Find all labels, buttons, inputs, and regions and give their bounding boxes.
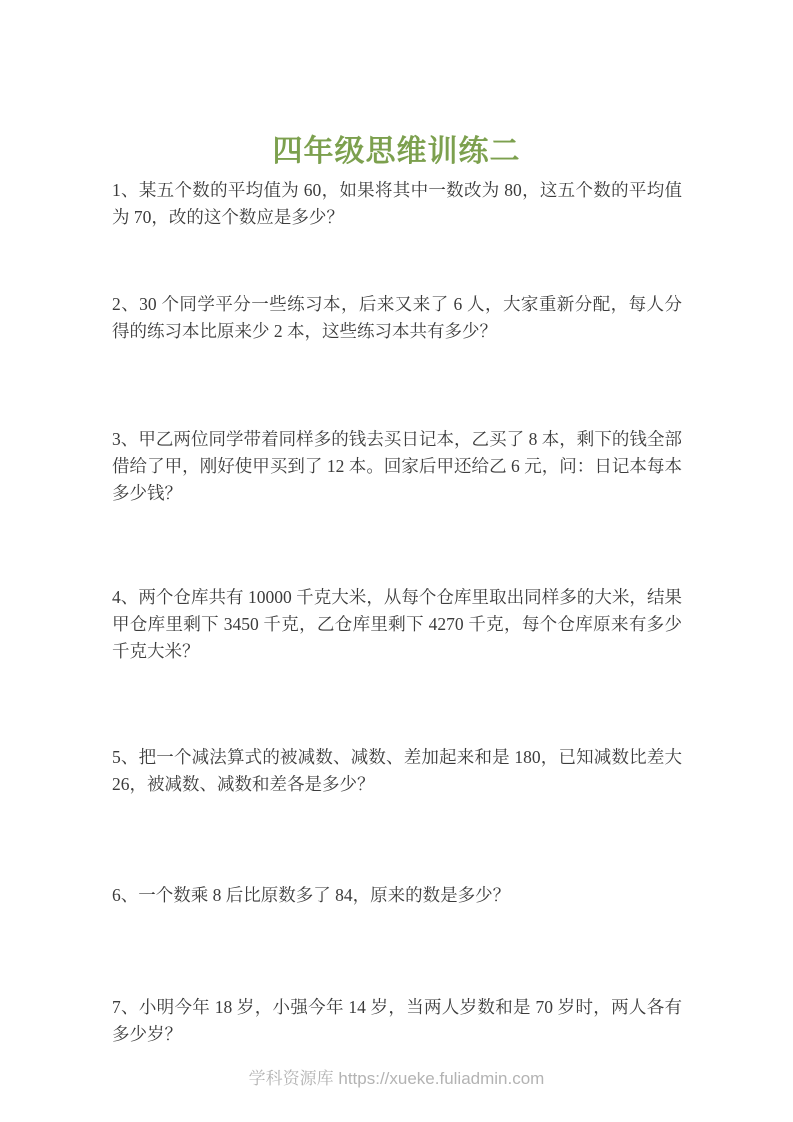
question-1: 1、某五个数的平均值为 60，如果将其中一数改为 80，这五个数的平均值为 70… xyxy=(112,177,682,231)
question-4: 4、两个仓库共有 10000 千克大米，从每个仓库里取出同样多的大米，结果甲仓库… xyxy=(112,584,682,665)
footer-text: 学科资源库 https://xueke.fuliadmin.com xyxy=(0,1064,793,1089)
question-6: 6、一个数乘 8 后比原数多了 84，原来的数是多少？ xyxy=(112,882,682,909)
page-title: 四年级思维训练二 xyxy=(0,126,793,170)
question-5: 5、把一个减法算式的被减数、减数、差加起来和是 180，已知减数比差大 26，被… xyxy=(112,744,682,798)
question-7: 7、小明今年 18 岁，小强今年 14 岁，当两人岁数和是 70 岁时，两人各有… xyxy=(112,994,682,1048)
worksheet-page: 四年级思维训练二 1、某五个数的平均值为 60，如果将其中一数改为 80，这五个… xyxy=(0,0,793,1122)
question-3: 3、甲乙两位同学带着同样多的钱去买日记本，乙买了 8 本，剩下的钱全部借给了甲，… xyxy=(112,426,682,507)
question-2: 2、30 个同学平分一些练习本，后来又来了 6 人，大家重新分配，每人分得的练习… xyxy=(112,291,682,345)
